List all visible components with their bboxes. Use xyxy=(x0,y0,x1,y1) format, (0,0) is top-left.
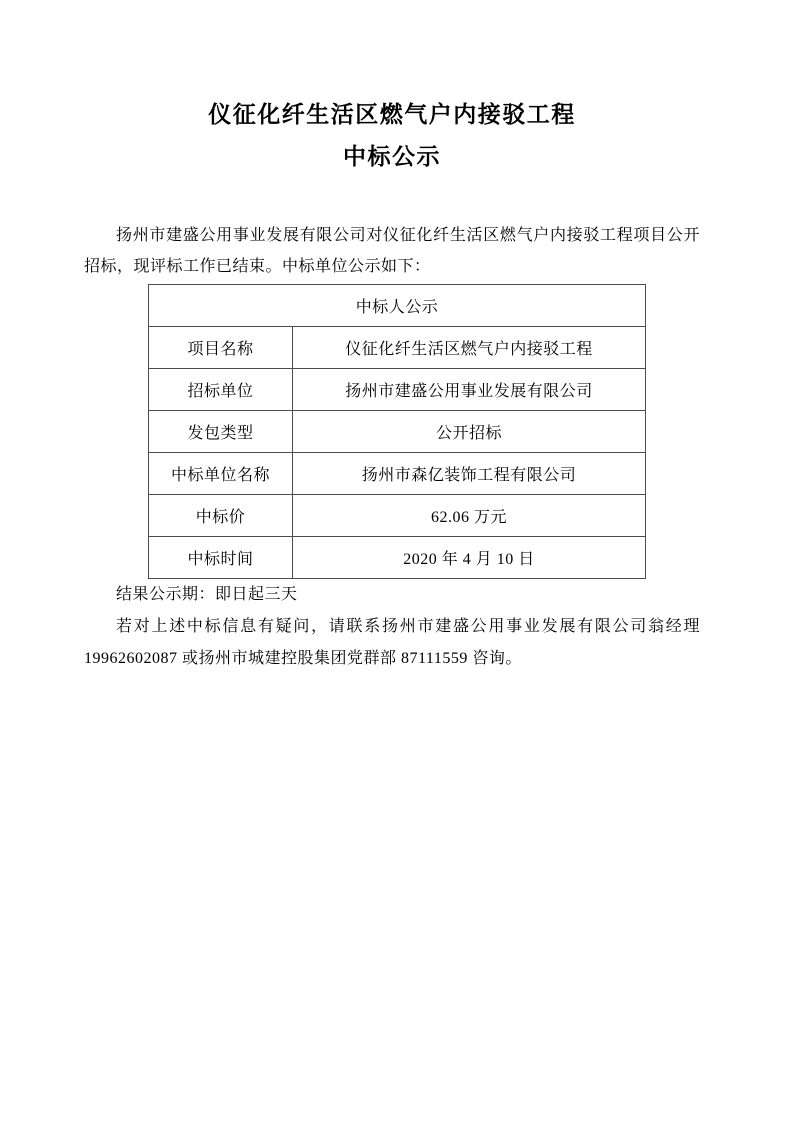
table-header-cell: 中标人公示 xyxy=(149,285,646,327)
footer-block: 结果公示期：即日起三天 若对上述中标信息有疑问，请联系扬州市建盛公用事业发展有限… xyxy=(84,579,700,675)
table-row: 中标价 62.06 万元 xyxy=(149,495,646,537)
row-value: 扬州市森亿装饰工程有限公司 xyxy=(293,453,646,495)
table-row: 项目名称 仪征化纤生活区燃气户内接驳工程 xyxy=(149,327,646,369)
row-label: 中标时间 xyxy=(149,537,293,579)
table-row: 中标时间 2020 年 4 月 10 日 xyxy=(149,537,646,579)
table-row: 中标单位名称 扬州市森亿装饰工程有限公司 xyxy=(149,453,646,495)
row-value: 2020 年 4 月 10 日 xyxy=(293,537,646,579)
table-row: 招标单位 扬州市建盛公用事业发展有限公司 xyxy=(149,369,646,411)
row-label: 招标单位 xyxy=(149,369,293,411)
row-value: 仪征化纤生活区燃气户内接驳工程 xyxy=(293,327,646,369)
document-title-line1: 仪征化纤生活区燃气户内接驳工程 xyxy=(84,94,700,136)
table-header-row: 中标人公示 xyxy=(149,285,646,327)
award-announcement-table: 中标人公示 项目名称 仪征化纤生活区燃气户内接驳工程 招标单位 扬州市建盛公用事… xyxy=(148,284,646,579)
contact-info: 若对上述中标信息有疑问，请联系扬州市建盛公用事业发展有限公司翁经理 199626… xyxy=(84,611,700,675)
document-title-line2: 中标公示 xyxy=(84,136,700,178)
row-label: 中标价 xyxy=(149,495,293,537)
row-value: 扬州市建盛公用事业发展有限公司 xyxy=(293,369,646,411)
publicity-period: 结果公示期：即日起三天 xyxy=(84,579,700,611)
row-value: 62.06 万元 xyxy=(293,495,646,537)
row-label: 中标单位名称 xyxy=(149,453,293,495)
row-value: 公开招标 xyxy=(293,411,646,453)
row-label: 项目名称 xyxy=(149,327,293,369)
intro-paragraph: 扬州市建盛公用事业发展有限公司对仪征化纤生活区燃气户内接驳工程项目公开招标，现评… xyxy=(84,220,700,282)
document-page: 仪征化纤生活区燃气户内接驳工程 中标公示 扬州市建盛公用事业发展有限公司对仪征化… xyxy=(0,0,793,1122)
document-title: 仪征化纤生活区燃气户内接驳工程 中标公示 xyxy=(84,94,700,178)
row-label: 发包类型 xyxy=(149,411,293,453)
table-row: 发包类型 公开招标 xyxy=(149,411,646,453)
